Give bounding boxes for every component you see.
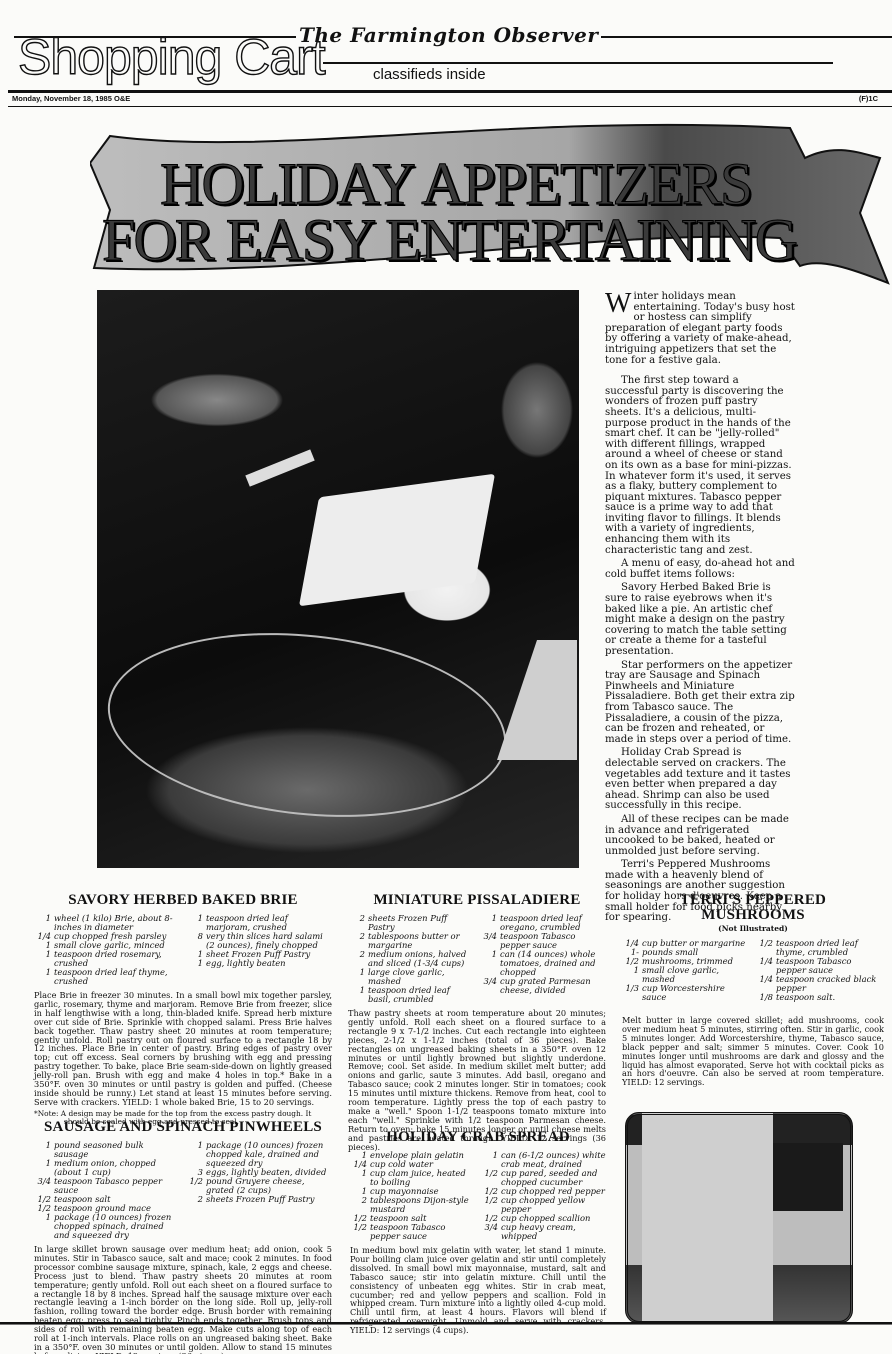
recipe-title: TERRI'S PEPPERED MUSHROOMS [622, 893, 884, 923]
ingredient-quantity: 2 [348, 914, 368, 932]
ingredient-quantity: 1 [34, 941, 54, 950]
ingredient-text: teaspoon cracked black pepper [776, 975, 884, 993]
ingredient-quantity: 1 [348, 986, 368, 1004]
inset-photo [625, 1112, 853, 1324]
ingredient-quantity: 1 [622, 966, 642, 984]
ingredient-quantity: 1/4 [34, 932, 54, 941]
ingredient-item: 1medium onion, chopped (about 1 cup) [34, 1159, 180, 1177]
ingredient-item: 1teaspoon dried leaf oregano, crumbled [480, 914, 606, 932]
headline-line-1: HOLIDAY APPETIZERS [160, 154, 751, 214]
ingredient-quantity: 1 [34, 968, 54, 986]
ingredient-item: 2medium onions, halved and sliced (1-3/4… [348, 950, 474, 968]
ingredient-text: teaspoon dried leaf thyme, crumbled [776, 939, 884, 957]
newspaper-name: The Farmington Observer [296, 23, 601, 47]
ingredient-text: medium onion, chopped (about 1 cup) [54, 1159, 180, 1177]
recipe-subtitle: (Not Illustrated) [622, 924, 884, 933]
recipe-brie: SAVORY HERBED BAKED BRIE 1wheel (1 kilo)… [34, 893, 332, 1126]
ingredient-quantity: 1 [480, 950, 500, 977]
baked-brie-shape [299, 474, 495, 607]
recipe-title: SAVORY HERBED BAKED BRIE [34, 893, 332, 908]
ingredient-quantity: 1 [34, 950, 54, 968]
ingredient-column: 1can (6-1/2 ounces) white crab meat, dra… [481, 1151, 606, 1241]
ingredient-text: teaspoon dried leaf marjoram, crushed [206, 914, 332, 932]
ingredient-column: 1teaspoon dried leaf marjoram, crushed8v… [186, 914, 332, 986]
recipe-title: SAUSAGE AND SPINACH PINWHEELS [34, 1120, 332, 1135]
ingredient-quantity: 8 [186, 932, 206, 950]
ingredient-quantity: 1/8 [756, 993, 776, 1002]
headline-banner: HOLIDAY APPETIZERS FOR EASY ENTERTAINING [90, 118, 890, 288]
ingredient-item: 1-1/2pounds small mushrooms, trimmed [622, 948, 750, 966]
ingredient-text: cup grated Parmesan cheese, divided [500, 977, 606, 995]
ingredient-column: 1teaspoon dried leaf oregano, crumbled3/… [480, 914, 606, 1004]
recipe-mushrooms: TERRI'S PEPPERED MUSHROOMS (Not Illustra… [622, 893, 884, 1087]
footer-rule-thin [0, 1324, 892, 1325]
ingredient-quantity: 1/4 [756, 975, 776, 993]
ingredient-item: 1package (10 ounces) frozen chopped spin… [34, 1213, 180, 1240]
ingredient-quantity: 1/2 [350, 1223, 370, 1241]
ingredient-quantity: 1 [34, 1213, 54, 1240]
ingredient-item: 1can (14 ounces) whole tomatoes, drained… [480, 950, 606, 977]
ingredient-quantity: 1/2 [481, 1196, 501, 1214]
drop-cap: W [605, 293, 631, 315]
ingredient-item: 1package (10 ounces) frozen chopped kale… [186, 1141, 332, 1168]
ingredient-text: egg, lightly beaten [206, 959, 332, 968]
ingredient-text: medium onions, halved and sliced (1-3/4 … [368, 950, 474, 968]
ingredient-quantity: 3/4 [481, 1223, 501, 1241]
ingredient-text: sheets Frozen Puff Pastry [368, 914, 474, 932]
ingredient-item: 1pound seasoned bulk sausage [34, 1141, 180, 1159]
ingredient-quantity: 1 [186, 914, 206, 932]
masthead-rule-bottom [8, 90, 892, 93]
intro-article: Winter holidays mean entertaining. Today… [605, 292, 795, 927]
section-title: Shopping Cart [18, 29, 325, 85]
ingredient-quantity: 1 [348, 968, 368, 986]
ingredient-list: 2sheets Frozen Puff Pastry2tablespoons b… [348, 914, 606, 1004]
ingredient-item: 1/3cup Worcestershire sauce [622, 984, 750, 1002]
ingredient-quantity: 1/2 [186, 1177, 206, 1195]
ingredient-text: package (10 ounces) frozen chopped spina… [54, 1213, 180, 1240]
ingredient-text: teaspoon salt. [776, 993, 884, 1002]
ingredient-text: tablespoons butter or margarine [368, 932, 474, 950]
ingredient-quantity: 2 [186, 1195, 206, 1204]
ingredient-quantity: 1 [480, 914, 500, 932]
ingredient-text: cup pared, seeded and chopped cucumber [501, 1169, 606, 1187]
ingredient-quantity: 1 [481, 1151, 501, 1169]
ingredient-quantity: 1 [186, 1141, 206, 1168]
ingredient-text: very thin slices hard salami (2 ounces),… [206, 932, 332, 950]
ingredient-item: 1teaspoon dried leaf marjoram, crushed [186, 914, 332, 932]
ingredient-item: 1large clove garlic, mashed [348, 968, 474, 986]
ingredient-quantity: 1/4 [350, 1160, 370, 1169]
ingredient-quantity: 2 [348, 950, 368, 968]
ingredient-text: cup chopped yellow pepper [501, 1196, 606, 1214]
ingredient-text: tablespoons Dijon-style mustard [370, 1196, 475, 1214]
ingredient-item: 3/4cup grated Parmesan cheese, divided [480, 977, 606, 995]
ingredient-item: 1/2pound Gruyere cheese, grated (2 cups) [186, 1177, 332, 1195]
ingredient-quantity: 3/4 [34, 1177, 54, 1195]
ingredient-item: 1egg, lightly beaten [186, 959, 332, 968]
ingredient-column: 1/4cup butter or margarine1-1/2pounds sm… [622, 939, 750, 1002]
recipe-method: Melt butter in large covered skillet; ad… [622, 1016, 884, 1087]
ingredient-quantity: 1 [350, 1169, 370, 1187]
ingredient-text: package (10 ounces) frozen chopped kale,… [206, 1141, 332, 1168]
ingredient-text: teaspoon Tabasco pepper sauce [500, 932, 606, 950]
tagline: classifieds inside [373, 66, 486, 83]
ingredient-text: small clove garlic, mashed [642, 966, 750, 984]
ingredient-quantity: 2 [350, 1196, 370, 1214]
ingredient-text: pound Gruyere cheese, grated (2 cups) [206, 1177, 332, 1195]
ingredient-text: cup heavy cream, whipped [501, 1223, 606, 1241]
ingredient-quantity: 1/3 [622, 984, 642, 1002]
ingredient-quantity: 3/4 [480, 932, 500, 950]
ingredient-item: 1can (6-1/2 ounces) white crab meat, dra… [481, 1151, 606, 1169]
intro-paragraph: Star performers on the appetizer tray ar… [605, 661, 795, 746]
ingredient-item: 1/8teaspoon salt. [756, 993, 884, 1002]
ingredient-text: teaspoon dried leaf basil, crumbled [368, 986, 474, 1004]
ingredient-item: 1/2cup pared, seeded and chopped cucumbe… [481, 1169, 606, 1187]
ingredient-list: 1wheel (1 kilo) Brie, about 8-inches in … [34, 914, 332, 986]
ingredient-item: 1small clove garlic, mashed [622, 966, 750, 984]
ingredient-text: large clove garlic, mashed [368, 968, 474, 986]
recipe-pinwheels: SAUSAGE AND SPINACH PINWHEELS 1pound sea… [34, 1120, 332, 1354]
ingredient-quantity: 1 [186, 959, 206, 968]
ingredient-text: cup clam juice, heated to boiling [370, 1169, 475, 1187]
ingredient-list: 1pound seasoned bulk sausage1medium onio… [34, 1141, 332, 1240]
dateline-rule [8, 106, 892, 107]
ingredient-item: 1teaspoon dried leaf thyme, crushed [34, 968, 180, 986]
ingredient-quantity: 3/4 [480, 977, 500, 995]
ingredient-text: teaspoon Tabasco pepper sauce [370, 1223, 475, 1241]
ingredient-column: 1pound seasoned bulk sausage1medium onio… [34, 1141, 180, 1240]
headline-line-2: FOR EASY ENTERTAINING [102, 210, 796, 270]
ingredient-item: 1/4teaspoon Tabasco pepper sauce [756, 957, 884, 975]
ingredient-text: pounds small mushrooms, trimmed [642, 948, 750, 966]
dateline: Monday, November 18, 1985 O&E [12, 94, 130, 103]
ingredient-list: 1envelope plain gelatin1/4cup cold water… [350, 1151, 606, 1241]
ingredient-item: 8very thin slices hard salami (2 ounces)… [186, 932, 332, 950]
intro-paragraph: The first step toward a successful party… [605, 376, 795, 556]
ingredient-item: 1cup clam juice, heated to boiling [350, 1169, 475, 1187]
ingredient-text: teaspoon dried leaf oregano, crumbled [500, 914, 606, 932]
ingredient-quantity: 1/2 [34, 1204, 54, 1213]
intro-paragraph: Winter holidays mean entertaining. Today… [605, 292, 795, 366]
ingredient-item: 2sheets Frozen Puff Pastry [186, 1195, 332, 1204]
ingredient-item: 3/4teaspoon Tabasco pepper sauce [34, 1177, 180, 1195]
intro-paragraph: A menu of easy, do-ahead hot and cold bu… [605, 559, 795, 580]
ingredient-item: 3/4teaspoon Tabasco pepper sauce [480, 932, 606, 950]
napkin-shape [497, 640, 577, 760]
recipe-pissaladiere: MINIATURE PISSALADIERE 2sheets Frozen Pu… [348, 893, 606, 1152]
ingredient-text: can (14 ounces) whole tomatoes, drained … [500, 950, 606, 977]
ingredient-item: 2tablespoons butter or margarine [348, 932, 474, 950]
ingredient-quantity: 1 [34, 1159, 54, 1177]
ingredient-quantity: 1-1/2 [622, 948, 642, 966]
ingredient-item: 1teaspoon dried rosemary, crushed [34, 950, 180, 968]
ingredient-text: sheets Frozen Puff Pastry [206, 1195, 332, 1204]
masthead-rule-mid [323, 62, 833, 64]
ingredient-quantity: 1/4 [756, 957, 776, 975]
ingredient-column: 1/2teaspoon dried leaf thyme, crumbled1/… [756, 939, 884, 1002]
ingredient-list: 1/4cup butter or margarine1-1/2pounds sm… [622, 939, 884, 1002]
recipe-crab-spread: HOLIDAY CRAB SPREAD 1envelope plain gela… [350, 1130, 606, 1335]
ingredient-text: pound seasoned bulk sausage [54, 1141, 180, 1159]
ingredient-column: 1package (10 ounces) frozen chopped kale… [186, 1141, 332, 1240]
ingredient-quantity: 1 [34, 914, 54, 932]
intro-paragraph: All of these recipes can be made in adva… [605, 815, 795, 857]
ingredient-item: 3/4cup heavy cream, whipped [481, 1223, 606, 1241]
ingredient-quantity: 1 [34, 1141, 54, 1159]
intro-paragraph: Savory Herbed Baked Brie is sure to rais… [605, 583, 795, 657]
ingredient-item: 2sheets Frozen Puff Pastry [348, 914, 474, 932]
ingredient-quantity: 1/2 [756, 939, 776, 957]
recipe-title: MINIATURE PISSALADIERE [348, 893, 606, 908]
ingredient-quantity: 1 [350, 1187, 370, 1196]
ingredient-item: 2tablespoons Dijon-style mustard [350, 1196, 475, 1214]
recipe-title: HOLIDAY CRAB SPREAD [350, 1130, 606, 1145]
ingredient-quantity: 2 [348, 932, 368, 950]
appetizer-photo [97, 290, 579, 868]
ingredient-quantity: 1 [186, 950, 206, 959]
ingredient-column: 1envelope plain gelatin1/4cup cold water… [350, 1151, 475, 1241]
ingredient-text: can (6-1/2 ounces) white crab meat, drai… [501, 1151, 606, 1169]
ingredient-item: 1/2teaspoon Tabasco pepper sauce [350, 1223, 475, 1241]
ingredient-text: teaspoon dried rosemary, crushed [54, 950, 180, 968]
ingredient-item: 1wheel (1 kilo) Brie, about 8-inches in … [34, 914, 180, 932]
recipe-method: In large skillet brown sausage over medi… [34, 1245, 332, 1354]
serving-plate [99, 615, 516, 836]
ingredient-text: teaspoon Tabasco pepper sauce [54, 1177, 180, 1195]
ingredient-item: 1teaspoon dried leaf basil, crumbled [348, 986, 474, 1004]
ingredient-item: 1/2teaspoon dried leaf thyme, crumbled [756, 939, 884, 957]
knife-shape [245, 449, 314, 486]
ingredient-quantity: 1/2 [481, 1169, 501, 1187]
recipe-method: Place Brie in freezer 30 minutes. In a s… [34, 991, 332, 1107]
ingredient-text: wheel (1 kilo) Brie, about 8-inches in d… [54, 914, 180, 932]
ingredient-text: teaspoon dried leaf thyme, crushed [54, 968, 180, 986]
intro-paragraph: Holiday Crab Spread is delectable served… [605, 748, 795, 812]
ingredient-column: 2sheets Frozen Puff Pastry2tablespoons b… [348, 914, 474, 1004]
ingredient-item: 1/4teaspoon cracked black pepper [756, 975, 884, 993]
ingredient-text: cup Worcestershire sauce [642, 984, 750, 1002]
ingredient-text: teaspoon Tabasco pepper sauce [776, 957, 884, 975]
ingredient-column: 1wheel (1 kilo) Brie, about 8-inches in … [34, 914, 180, 986]
inset-photo-shadow [773, 1143, 843, 1211]
page-number: (F)1C [859, 94, 878, 103]
ingredient-item: 1/2cup chopped yellow pepper [481, 1196, 606, 1214]
